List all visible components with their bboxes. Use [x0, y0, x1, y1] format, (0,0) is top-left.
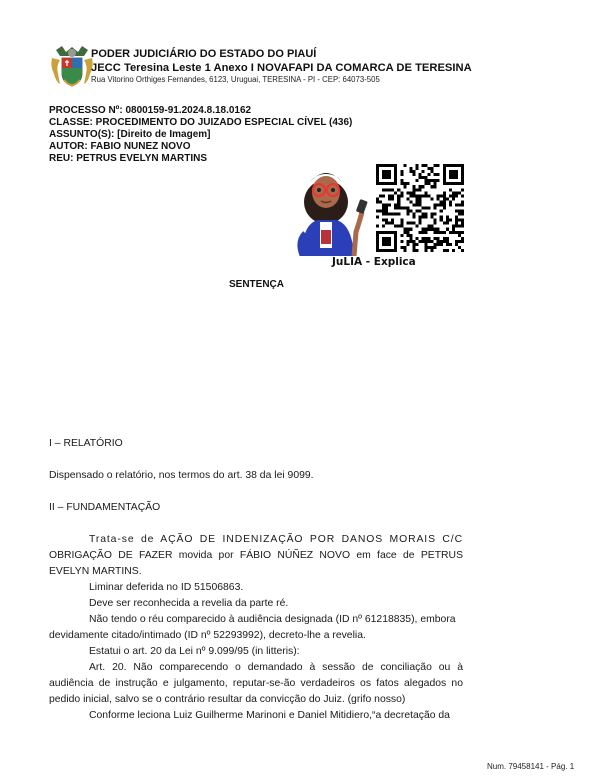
- paragraph-1-line-2: OBRIGAÇÃO DE FAZER movida por FÁBIO NÚÑE…: [49, 548, 463, 564]
- paragraph-4-line-2: devidamente citado/intimado (ID nº 52293…: [49, 628, 366, 644]
- paragraph-6-line-1: Art. 20. Não comparecendo o demandado à …: [89, 660, 463, 676]
- paragraph-5: Estatui o art. 20 da Lei nº 9.099/95 (in…: [89, 644, 300, 660]
- paragraph-7: Conforme leciona Luiz Guilherme Marinoni…: [89, 708, 450, 724]
- paragraph-1-line-1: Trata-se de AÇÃO DE INDENIZAÇÃO POR DANO…: [89, 532, 463, 548]
- julia-avatar-icon: [296, 162, 372, 256]
- paragraph-6-line-3: pedido inicial, salvo se o contrário res…: [49, 692, 405, 708]
- case-author: AUTOR: FABIO NUNEZ NOVO: [49, 141, 190, 153]
- page-reference: Num. 79458141 - Pág. 1: [487, 762, 574, 771]
- document-title: SENTENÇA: [229, 279, 284, 290]
- paragraph-3: Deve ser reconhecida a revelia da parte …: [89, 596, 288, 612]
- paragraph-6-line-2: audiência de instrução e julgamento, rep…: [49, 676, 463, 692]
- paragraph-2: Liminar deferida no ID 51506863.: [89, 580, 243, 596]
- section-relatorio-text: Dispensado o relatório, nos termos do ar…: [49, 468, 314, 484]
- julia-explica-label[interactable]: JuLIA - Explica: [332, 256, 416, 268]
- qr-code-icon[interactable]: [376, 164, 464, 252]
- paragraph-4-line-1: Não tendo o réu comparecido à audiência …: [89, 612, 456, 628]
- paragraph-1-line-3: EVELYN MARTINS.: [49, 564, 142, 580]
- section-fundamentacao-heading: II – FUNDAMENTAÇÃO: [49, 500, 160, 516]
- court-name: PODER JUDICIÁRIO DO ESTADO DO PIAUÍ: [91, 48, 316, 61]
- case-subject: ASSUNTO(S): [Direito de Imagem]: [49, 129, 211, 141]
- coat-of-arms-icon: [48, 44, 96, 90]
- court-unit: JECC Teresina Leste 1 Anexo I NOVAFAPI D…: [91, 62, 472, 75]
- court-address: Rua Vitorino Orthiges Fernandes, 6123, U…: [91, 75, 380, 85]
- case-defendant: REU: PETRUS EVELYN MARTINS: [49, 153, 207, 165]
- case-number: PROCESSO Nº: 0800159-91.2024.8.18.0162: [49, 105, 251, 117]
- case-class: CLASSE: PROCEDIMENTO DO JUIZADO ESPECIAL…: [49, 117, 352, 129]
- section-relatorio-heading: I – RELATÓRIO: [49, 436, 123, 452]
